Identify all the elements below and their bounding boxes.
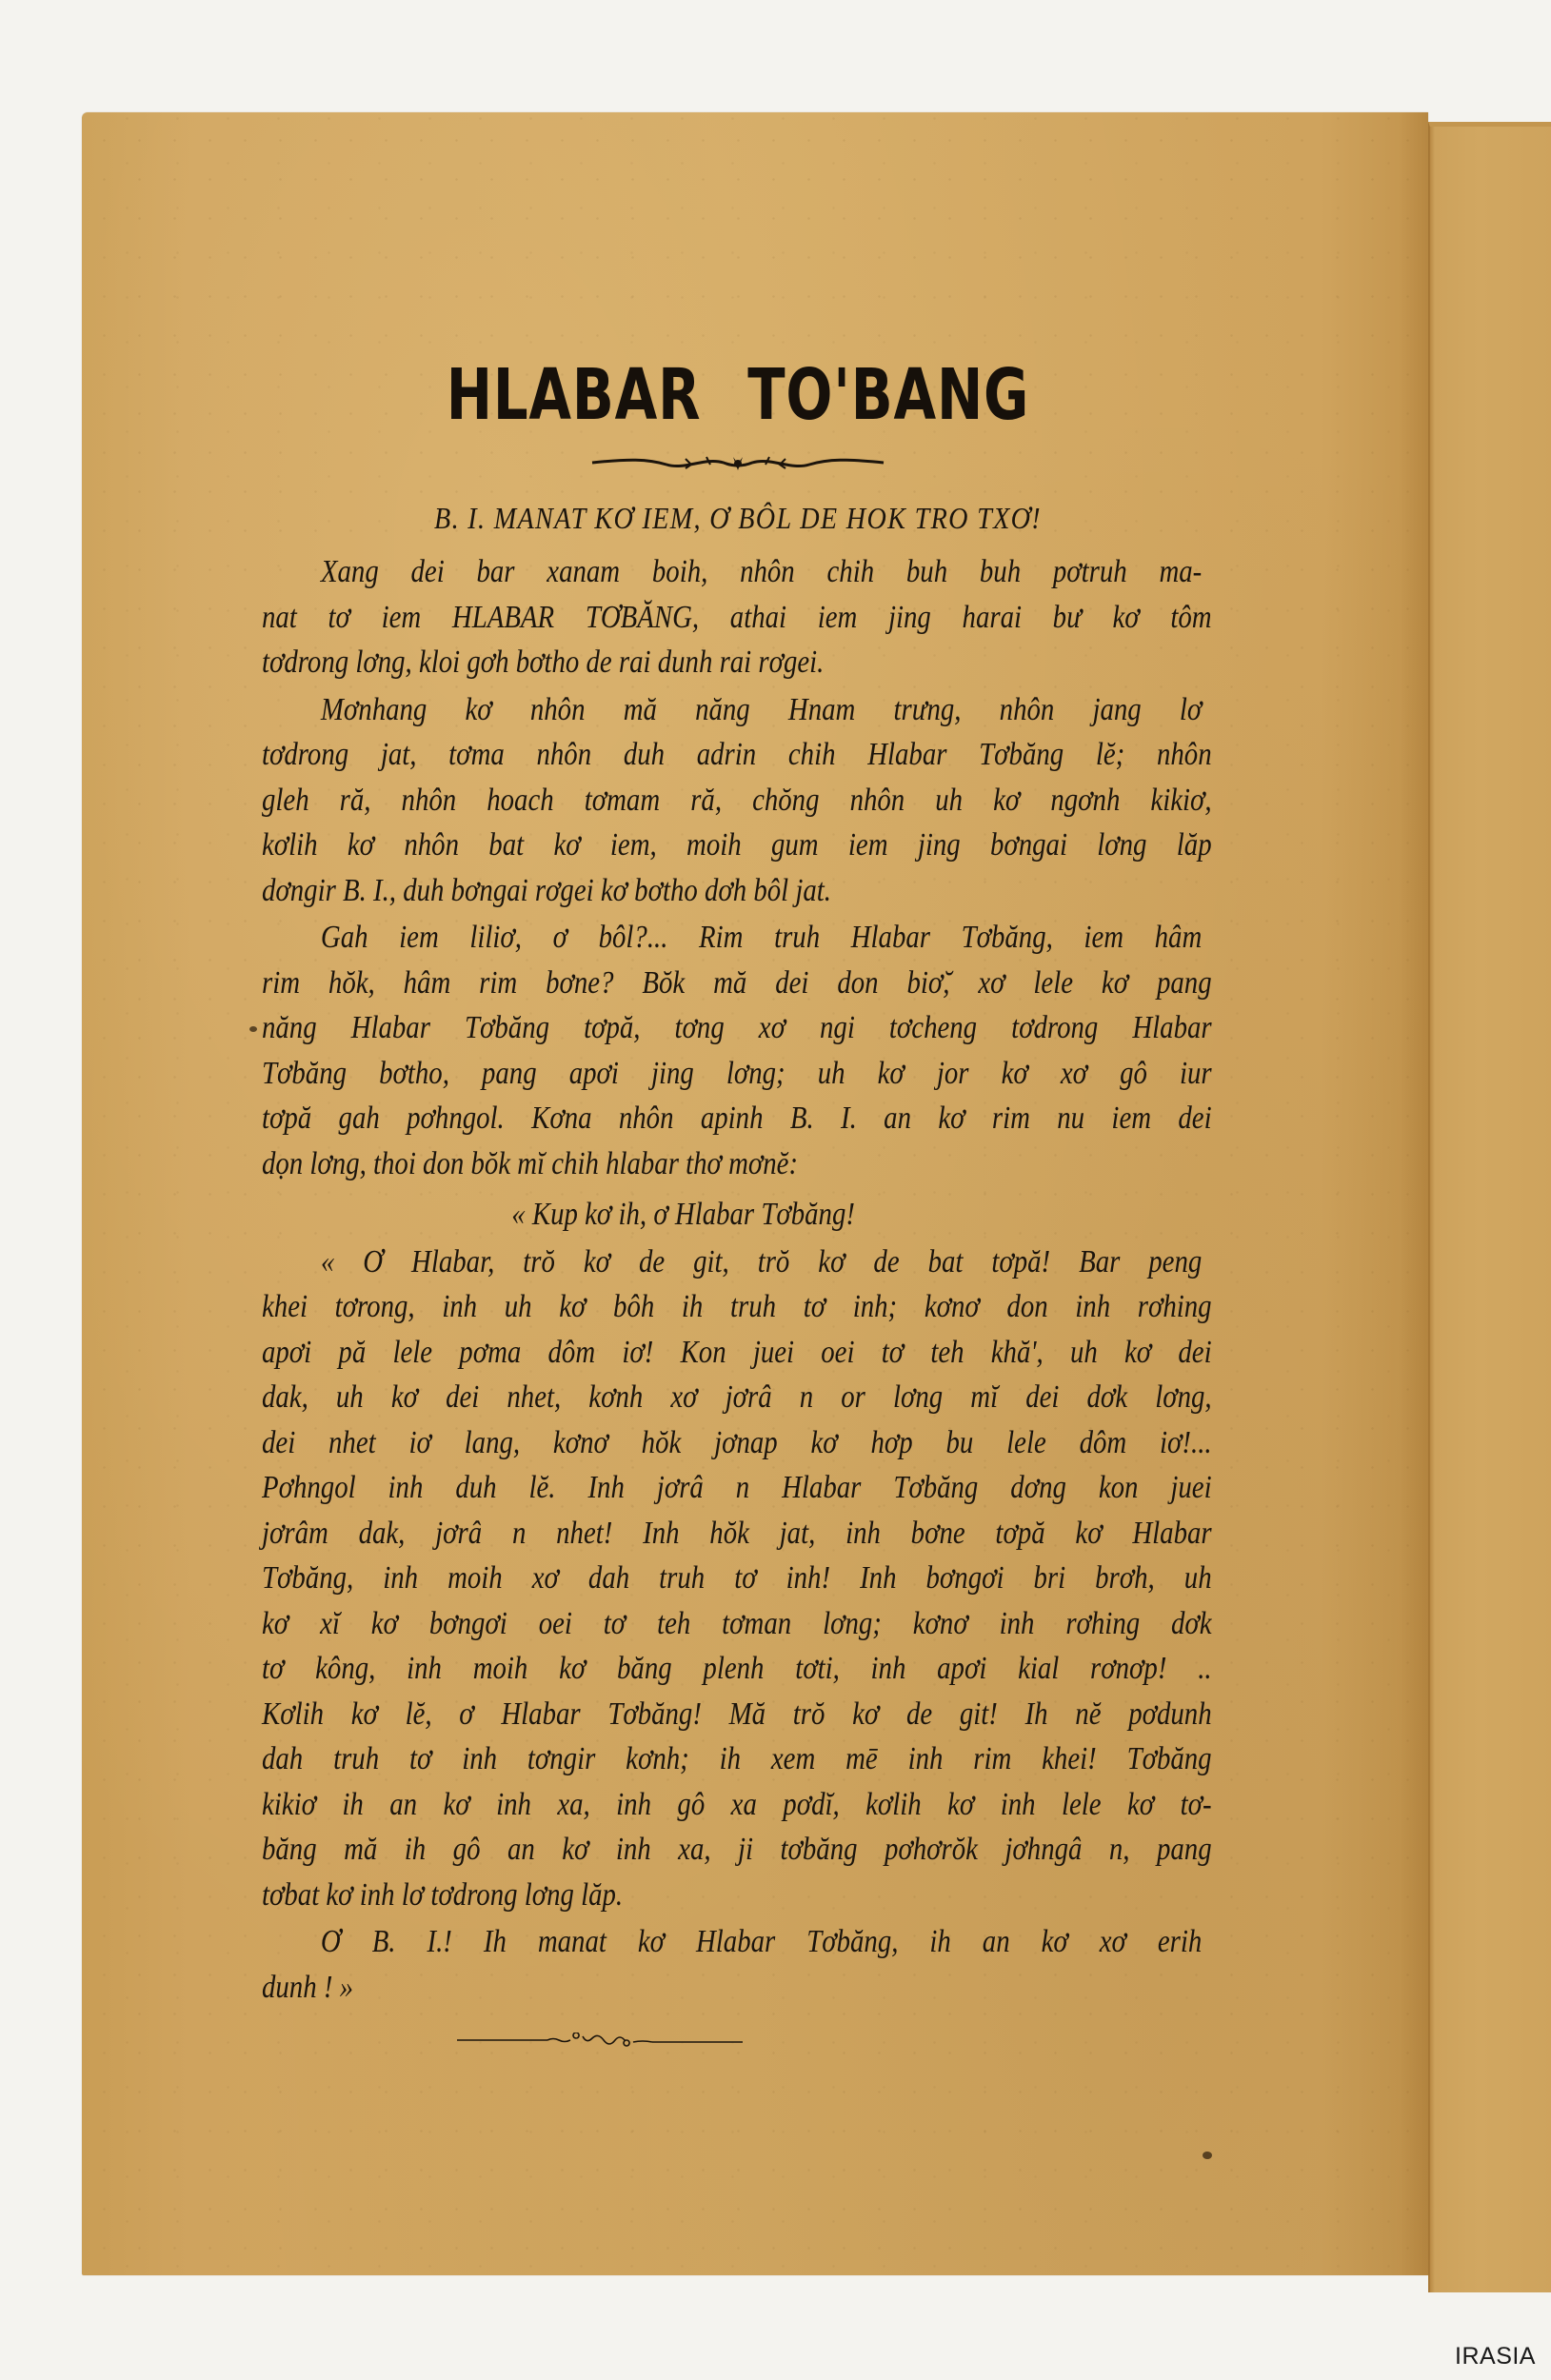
document-title: HLABAR TO'BANG	[367, 352, 1109, 438]
document-subtitle: B. I. MANAT KƠ IEM, Ơ BÔL DE HOK TRO TXƠ…	[319, 501, 1157, 536]
text-line: Mơnhang kơ nhôn mă năng Hnam trưng, nhôn…	[262, 687, 1202, 733]
text-line: tơpă gah pơhngol. Kơna nhôn apinh B. I. …	[262, 1096, 1212, 1141]
ink-speck	[1203, 2152, 1212, 2159]
text-line: tơbat kơ inh lơ tơdrong lơng lăp.	[262, 1873, 1212, 1918]
text-line: tơ kông, inh moih kơ băng plenh tơti, in…	[262, 1646, 1212, 1692]
text-line: dei nhet iơ lang, kơnơ hŏk jơnap kơ hơp …	[262, 1420, 1212, 1466]
ink-speck	[249, 1026, 257, 1032]
text-line: tơdrong lơng, kloi gơh bơtho de rai dunh…	[262, 640, 1212, 685]
text-line: Pơhngol inh duh lĕ. Inh jơrâ n Hlabar Tơ…	[262, 1465, 1212, 1511]
text-line: tơdrong jat, tơma nhôn duh adrin chih Hl…	[262, 732, 1212, 778]
text-line: apơi pă lele pơma dôm iơ! Kon juei oei t…	[262, 1330, 1212, 1376]
text-line: Tơbăng bơtho, pang apơi jing lơng; uh kơ…	[262, 1051, 1212, 1097]
paragraph-1: Xang dei bar xanam boih, nhôn chih buh b…	[262, 549, 1214, 685]
text-line: rim hŏk, hâm rim bơne? Bŏk mă dei don bi…	[262, 961, 1212, 1006]
text-line: nat tơ iem HLABAR TƠBĂNG, athai iem jing…	[262, 595, 1212, 641]
text-line: dơngir B. I., duh bơngai rơgei kơ bơtho …	[262, 868, 1212, 914]
text-line: dọn lơng, thoi don bŏk mĭ chih hlabar th…	[262, 1141, 1212, 1187]
quote-heading: « Kup kơ ih, ơ Hlabar Tơbăng!	[262, 1192, 1081, 1238]
paragraph-4-quote: « Ơ Hlabar, trŏ kơ de git, trŏ kơ de bat…	[262, 1240, 1214, 1918]
text-line: Kơlih kơ lĕ, ơ Hlabar Tơbăng! Mă trŏ kơ …	[262, 1692, 1212, 1737]
document-body: HLABAR TO'BANG B. I. MANAT KƠ IEM, Ơ BÔL…	[262, 352, 1214, 2050]
text-line: Ơ B. I.! Ih manat kơ Hlabar Tơbăng, ih a…	[262, 1919, 1202, 1965]
text-line: Xang dei bar xanam boih, nhôn chih buh b…	[262, 549, 1202, 595]
folded-back-page	[1428, 122, 1551, 2292]
text-line: jơrâm dak, jơrâ n nhet! Inh hŏk jat, inh…	[262, 1511, 1212, 1557]
text-line: dunh ! »	[262, 1965, 1212, 2011]
text-line: năng Hlabar Tơbăng tơpă, tơng xơ ngi tơc…	[262, 1005, 1212, 1051]
paragraph-3: Gah iem liliơ, ơ bôl?... Rim truh Hlabar…	[262, 915, 1214, 1186]
text-line: « Ơ Hlabar, trŏ kơ de git, trŏ kơ de bat…	[262, 1240, 1202, 1285]
text-line: kơlih kơ nhôn bat kơ iem, moih gum iem j…	[262, 823, 1212, 868]
text-line: dah truh tơ inh tơngir kơnh; ih xem mē i…	[262, 1736, 1212, 1782]
archive-watermark: IRASIA	[1455, 2343, 1536, 2370]
text-line: kikiơ ih an kơ inh xa, inh gô xa pơdĭ, k…	[262, 1782, 1212, 1828]
text-line: Gah iem liliơ, ơ bôl?... Rim truh Hlabar…	[262, 915, 1202, 961]
floral-divider-icon	[590, 453, 885, 476]
text-line: Tơbăng, inh moih xơ dah truh tơ inh! Inh…	[262, 1556, 1212, 1601]
text-line: khei tơrong, inh uh kơ bôh ih truh tơ in…	[262, 1284, 1212, 1330]
text-line: băng mă ih gô an kơ inh xa, ji tơbăng pơ…	[262, 1827, 1212, 1873]
paragraph-2: Mơnhang kơ nhôn mă năng Hnam trưng, nhôn…	[262, 687, 1214, 914]
paragraph-5-closing: Ơ B. I.! Ih manat kơ Hlabar Tơbăng, ih a…	[262, 1919, 1214, 2010]
fold-shadow	[1400, 112, 1428, 2275]
end-divider-icon	[457, 2033, 743, 2050]
text-line: gleh ră, nhôn hoach tơmam ră, chŏng nhôn…	[262, 778, 1212, 823]
text-line: dak, uh kơ dei nhet, kơnh xơ jơrâ n or l…	[262, 1375, 1212, 1420]
text-line: kơ xĭ kơ bơngơi oei tơ teh tơman lơng; k…	[262, 1601, 1212, 1647]
